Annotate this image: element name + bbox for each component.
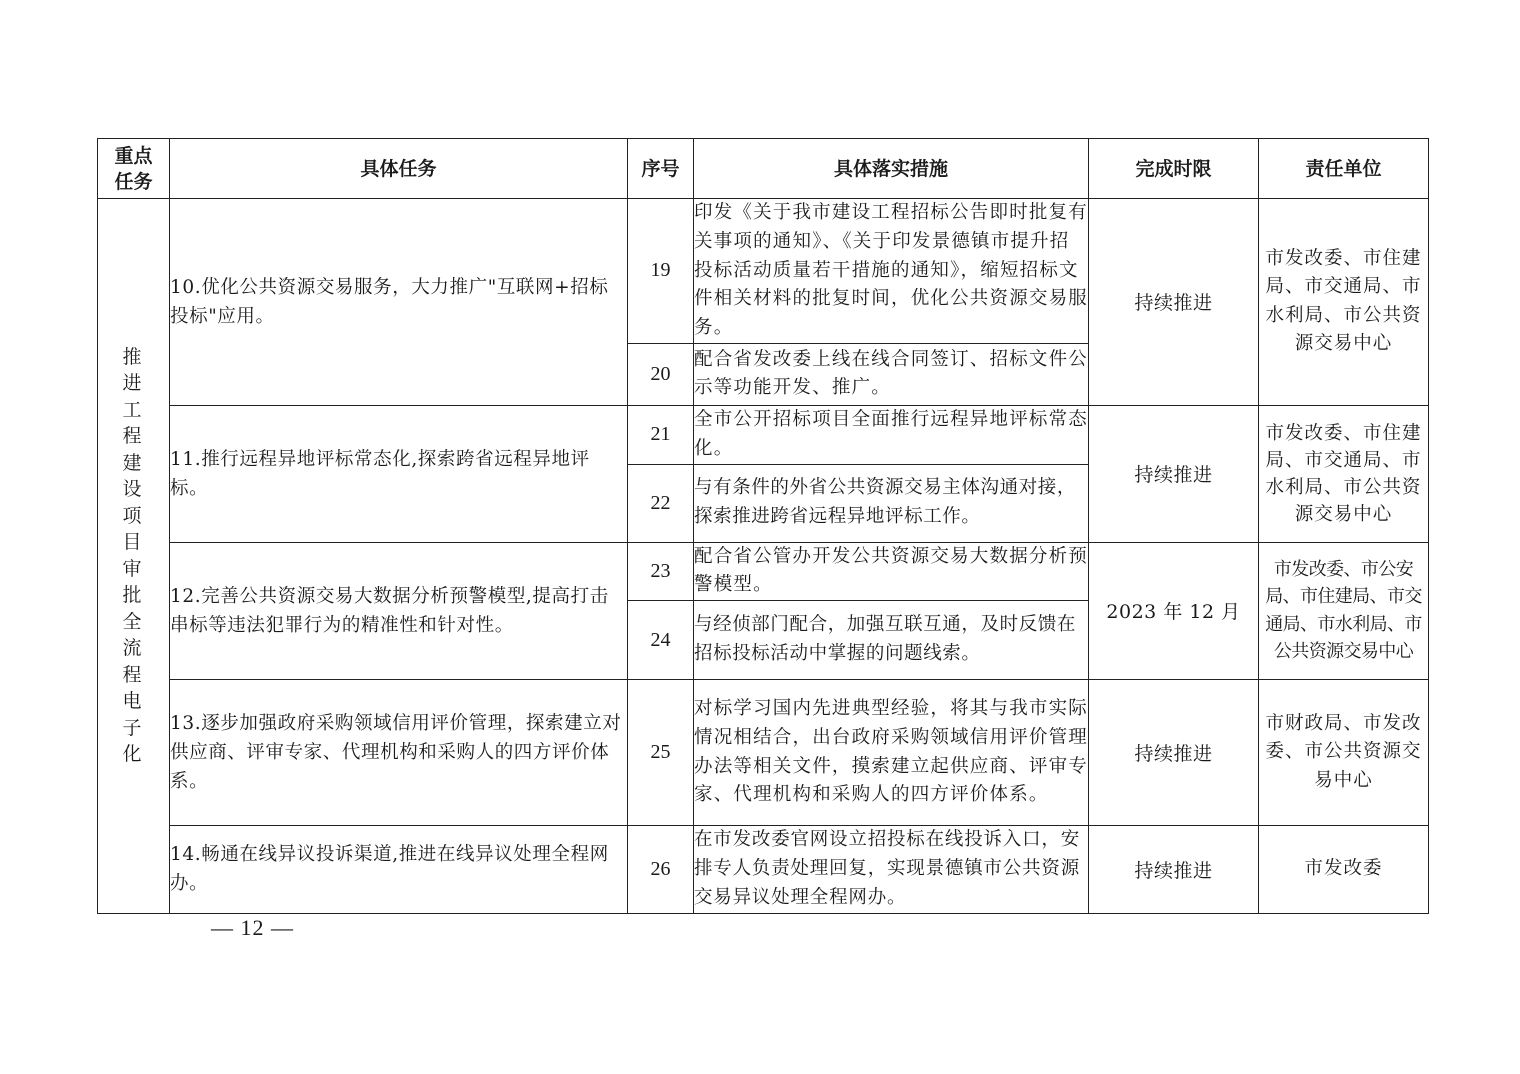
seq-cell: 24 [628, 601, 694, 680]
seq-cell: 26 [628, 826, 694, 913]
measure-cell: 与经侦部门配合，加强互联互通，及时反馈在招标投标活动中掌握的问题线索。 [694, 601, 1089, 680]
task-cell: 13.逐步加强政府采购领域信用评价管理，探索建立对供应商、评审专家、代理机构和采… [170, 680, 628, 826]
table-row: 13.逐步加强政府采购领域信用评价管理，探索建立对供应商、评审专家、代理机构和采… [98, 680, 1429, 826]
header-unit: 责任单位 [1259, 139, 1429, 199]
unit-cell: 市发改委、市公安局、市住建局、市交通局、市水利局、市公共资源交易中心 [1259, 542, 1429, 680]
measure-cell: 全市公开招标项目全面推行远程异地评标常态化。 [694, 405, 1089, 464]
measure-cell: 配合省发改委上线在线合同签订、招标文件公示等功能开发、推广。 [694, 343, 1089, 405]
table-row: 11.推行远程异地评标常态化,探索跨省远程异地评标。 21 全市公开招标项目全面… [98, 405, 1429, 464]
seq-cell: 22 [628, 464, 694, 542]
task-cell: 12.完善公共资源交易大数据分析预警模型,提高打击串标等违法犯罪行为的精准性和针… [170, 542, 628, 680]
measure-cell: 配合省公管办开发公共资源交易大数据分析预警模型。 [694, 542, 1089, 601]
header-deadline: 完成时限 [1089, 139, 1259, 199]
task-cell: 14.畅通在线异议投诉渠道,推进在线异议处理全程网办。 [170, 826, 628, 913]
task-table: 重点任务 具体任务 序号 具体落实措施 完成时限 责任单位 推进工程建设项目审批… [97, 138, 1429, 914]
header-key-task: 重点任务 [98, 139, 170, 199]
unit-cell: 市发改委 [1259, 826, 1429, 913]
task-cell: 10.优化公共资源交易服务，大力推广"互联网+招标投标"应用。 [170, 199, 628, 406]
header-measures: 具体落实措施 [694, 139, 1089, 199]
deadline-cell: 持续推进 [1089, 199, 1259, 406]
header-seq: 序号 [628, 139, 694, 199]
measure-cell: 对标学习国内先进典型经验，将其与我市实际情况相结合，出台政府采购领域信用评价管理… [694, 680, 1089, 826]
task-cell: 11.推行远程异地评标常态化,探索跨省远程异地评标。 [170, 405, 628, 542]
seq-cell: 25 [628, 680, 694, 826]
header-specific-task: 具体任务 [170, 139, 628, 199]
unit-cell: 市发改委、市住建局、市交通局、市水利局、市公共资源交易中心 [1259, 199, 1429, 406]
deadline-cell: 2023 年 12 月 [1089, 542, 1259, 680]
measure-cell: 印发《关于我市建设工程招标公告即时批复有关事项的通知》、《关于印发景德镇市提升招… [694, 199, 1089, 344]
key-task-cell: 推进工程建设项目审批全流程电子化 [98, 199, 170, 914]
measure-cell: 在市发改委官网设立招投标在线投诉入口，安排专人负责处理回复，实现景德镇市公共资源… [694, 826, 1089, 913]
deadline-cell: 持续推进 [1089, 680, 1259, 826]
table-row: 12.完善公共资源交易大数据分析预警模型,提高打击串标等违法犯罪行为的精准性和针… [98, 542, 1429, 601]
unit-cell: 市财政局、市发改委、市公共资源交易中心 [1259, 680, 1429, 826]
deadline-cell: 持续推进 [1089, 405, 1259, 542]
seq-cell: 19 [628, 199, 694, 344]
page-number: — 12 — [211, 915, 294, 941]
seq-cell: 20 [628, 343, 694, 405]
deadline-cell: 持续推进 [1089, 826, 1259, 913]
seq-cell: 21 [628, 405, 694, 464]
seq-cell: 23 [628, 542, 694, 601]
header-row: 重点任务 具体任务 序号 具体落实措施 完成时限 责任单位 [98, 139, 1429, 199]
table-row: 14.畅通在线异议投诉渠道,推进在线异议处理全程网办。 26 在市发改委官网设立… [98, 826, 1429, 913]
unit-cell: 市发改委、市住建局、市交通局、市水利局、市公共资源交易中心 [1259, 405, 1429, 542]
measure-cell: 与有条件的外省公共资源交易主体沟通对接，探索推进跨省远程异地评标工作。 [694, 464, 1089, 542]
table-row: 推进工程建设项目审批全流程电子化 10.优化公共资源交易服务，大力推广"互联网+… [98, 199, 1429, 344]
